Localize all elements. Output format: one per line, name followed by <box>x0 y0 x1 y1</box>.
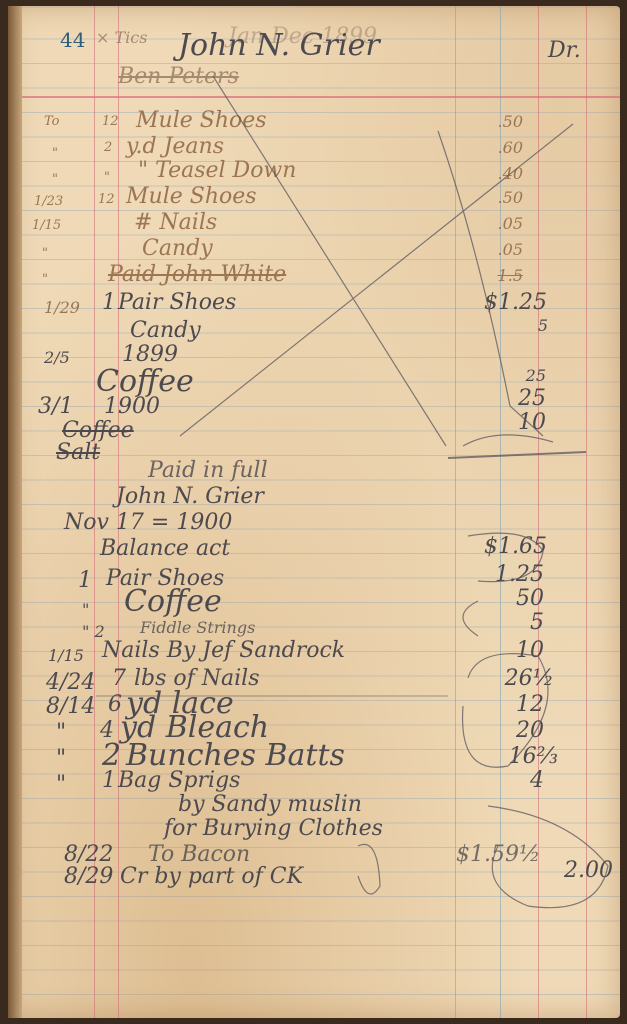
cancellation-strokes <box>8 6 620 1018</box>
ledger-page: 44 × Tics Jan Dec 1899 John N. Grier Dr.… <box>8 6 620 1018</box>
